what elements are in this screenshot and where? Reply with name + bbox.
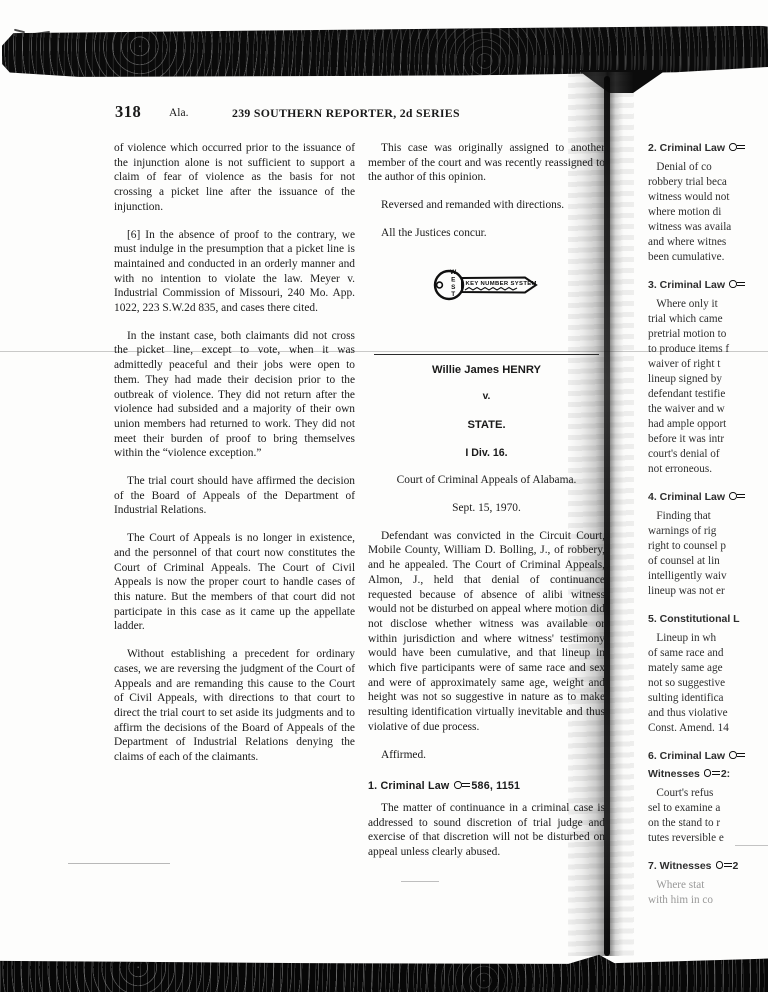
- west-key-number-icon: [716, 861, 732, 869]
- west-logo-shaft-text: KEY NUMBER SYSTEM: [466, 277, 537, 292]
- caption-appellant: Willie James HENRY: [368, 363, 605, 378]
- headnote-subtitle: Witnesses2:: [648, 768, 768, 780]
- opinion-paragraph: The trial court should have affirmed the…: [114, 474, 355, 518]
- pen-mark: [14, 29, 25, 34]
- headnote-key-numbers: 586, 1151: [471, 780, 520, 792]
- opinion-paragraph: of violence which occurred prior to the …: [114, 141, 355, 215]
- disposition-line: Reversed and remanded with directions.: [368, 198, 605, 213]
- headnote-body: Where stat with him in co: [648, 878, 768, 908]
- scan-line: [401, 881, 439, 882]
- scan-line: [68, 863, 170, 864]
- caption-docket: I Div. 16.: [368, 446, 605, 461]
- headnote-title: 5. Constitutional L: [648, 613, 768, 625]
- headnote-topic: 2. Criminal Law: [648, 142, 725, 154]
- headnote-topic: 6. Criminal Law: [648, 750, 725, 762]
- opinion-paragraph: [6] In the absence of proof to the contr…: [114, 228, 355, 316]
- headnote-topic: 4. Criminal Law: [648, 491, 725, 503]
- headnote-title: 7. Witnesses2: [648, 860, 768, 872]
- headnote-key-numbers: 2: [733, 860, 739, 872]
- jurisdiction-label: Ala.: [169, 107, 188, 119]
- headnote-key-numbers: 2:: [721, 768, 730, 780]
- headnote-title: 3. Criminal Law: [648, 279, 768, 291]
- west-key-number-icon: [704, 769, 720, 777]
- page-number: 318: [115, 102, 141, 122]
- caption-date: Sept. 15, 1970.: [368, 501, 605, 516]
- scan-band-bottom: [0, 954, 768, 992]
- case-separator-rule: [374, 354, 599, 355]
- headnote-topic: 3. Criminal Law: [648, 279, 725, 291]
- headnote-title: 6. Criminal Law: [648, 750, 768, 762]
- headnote-topic: 1. Criminal Law: [368, 780, 449, 792]
- headnote-body: The matter of continuance in a criminal …: [368, 801, 605, 860]
- west-key-number-icon: [729, 751, 745, 759]
- headnote-body: Where only it trial which came pretrial …: [648, 297, 768, 477]
- west-key-number-icon: [729, 492, 745, 500]
- headnote-body: Court's refus sel to examine a on the st…: [648, 786, 768, 846]
- opinion-paragraph: This case was originally assigned to ano…: [368, 141, 605, 185]
- west-key-number-icon: [729, 143, 745, 151]
- concurrence-line: All the Justices concur.: [368, 226, 605, 241]
- reporter-title: 239 SOUTHERN REPORTER, 2d SERIES: [232, 106, 460, 121]
- opinion-paragraph: The Court of Appeals is no longer in exi…: [114, 531, 355, 634]
- right-column: This case was originally assigned to ano…: [368, 141, 605, 873]
- headnote-title: 1. Criminal Law586, 1151: [368, 779, 605, 794]
- caption-versus: v.: [368, 390, 605, 405]
- syllabus-paragraph: Defendant was convicted in the Circuit C…: [368, 529, 605, 735]
- adjacent-page-column: 2. Criminal Law Denial of co robbery tri…: [648, 128, 768, 908]
- result-line: Affirmed.: [368, 748, 605, 763]
- headnote-body: Finding that warnings of rig right to co…: [648, 509, 768, 599]
- opinion-paragraph: In the instant case, both claimants did …: [114, 329, 355, 461]
- scanned-page: 318 Ala. 239 SOUTHERN REPORTER, 2d SERIE…: [0, 0, 768, 992]
- headnote-topic: 5. Constitutional L: [648, 613, 740, 625]
- west-key-number-logo: WEST KEY NUMBER SYSTEM: [428, 262, 546, 308]
- headnote-body: Denial of co robbery trial beca witness …: [648, 160, 768, 265]
- headnote-topic: Witnesses: [648, 768, 700, 780]
- left-column: of violence which occurred prior to the …: [114, 141, 355, 778]
- headnote-title: 2. Criminal Law: [648, 142, 768, 154]
- opinion-paragraph: Without establishing a precedent for ord…: [114, 647, 355, 765]
- headnote-title: 4. Criminal Law: [648, 491, 768, 503]
- caption-court: Court of Criminal Appeals of Alabama.: [368, 473, 605, 488]
- west-logo-bow-text: WEST: [445, 269, 460, 302]
- caption-appellee: STATE.: [368, 418, 605, 433]
- west-key-number-icon: [729, 280, 745, 288]
- headnote-topic: 7. Witnesses: [648, 860, 712, 872]
- headnote-body: Lineup in wh of same race and mately sam…: [648, 631, 768, 736]
- west-key-number-icon: [454, 781, 470, 789]
